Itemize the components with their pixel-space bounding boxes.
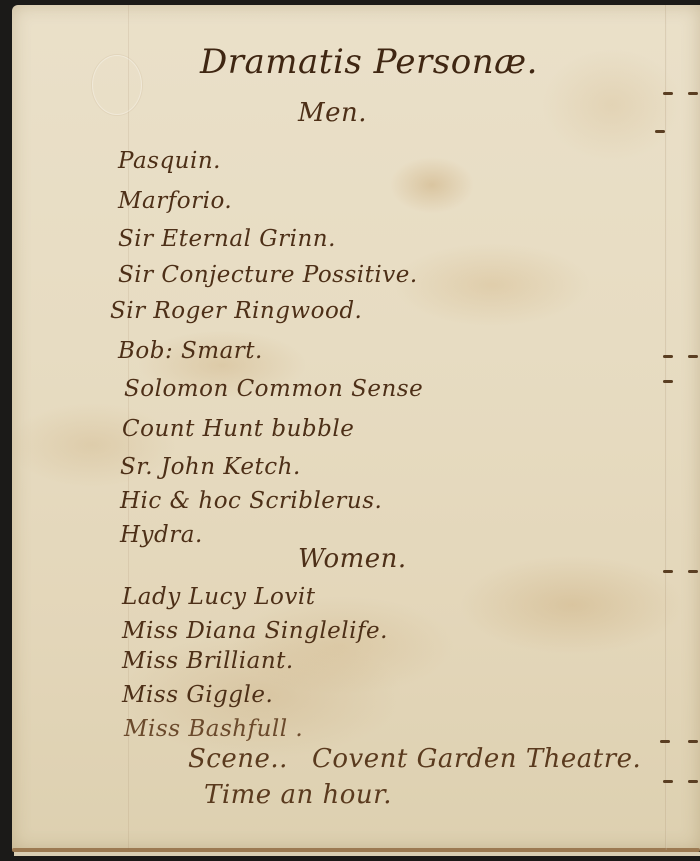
character-name: Lady Lucy Lovit — [122, 584, 316, 610]
character-name: Solomon Common Sense — [124, 376, 423, 402]
character-name: Sr. John Ketch. — [120, 454, 301, 480]
men-heading: Men. — [298, 98, 367, 128]
binding-stitch-icon — [663, 780, 673, 783]
binding-stitch-icon — [688, 780, 698, 783]
character-name: Sir Conjecture Possitive. — [118, 262, 418, 288]
character-name: Miss Brilliant. — [122, 648, 294, 674]
binding-stitch-icon — [663, 570, 673, 573]
binding-fold — [665, 5, 667, 850]
character-name: Pasquin. — [118, 148, 221, 174]
binding-stitch-icon — [655, 130, 665, 133]
time-note: Time an hour. — [204, 780, 392, 810]
character-name: Sir Roger Ringwood. — [110, 298, 362, 324]
character-name: Marforio. — [118, 188, 232, 214]
binding-stitch-icon — [663, 380, 673, 383]
manuscript-page — [12, 5, 700, 850]
character-name: Count Hunt bubble — [122, 416, 354, 442]
page-title: Dramatis Personæ. — [200, 42, 538, 82]
character-name: Miss Bashfull . — [124, 716, 303, 742]
binding-stitch-icon — [660, 740, 670, 743]
binding-stitch-icon — [688, 355, 698, 358]
page-underlayer — [14, 852, 700, 856]
women-heading: Women. — [298, 544, 407, 574]
character-name: Miss Giggle. — [122, 682, 273, 708]
character-name: Hydra. — [120, 522, 203, 548]
binding-stitch-icon — [688, 740, 698, 743]
scene-value: Covent Garden Theatre. — [312, 744, 641, 774]
binding-stitch-icon — [663, 92, 673, 95]
binding-stitch-icon — [688, 92, 698, 95]
character-name: Miss Diana Singlelife. — [122, 618, 388, 644]
character-name: Sir Eternal Grinn. — [118, 226, 336, 252]
character-name: Bob: Smart. — [118, 338, 263, 364]
binding-stitch-icon — [688, 570, 698, 573]
embossed-stamp-icon — [92, 55, 142, 115]
character-name: Hic & hoc Scriblerus. — [120, 488, 382, 514]
binding-stitch-icon — [663, 355, 673, 358]
scene-label: Scene.. — [188, 744, 288, 774]
